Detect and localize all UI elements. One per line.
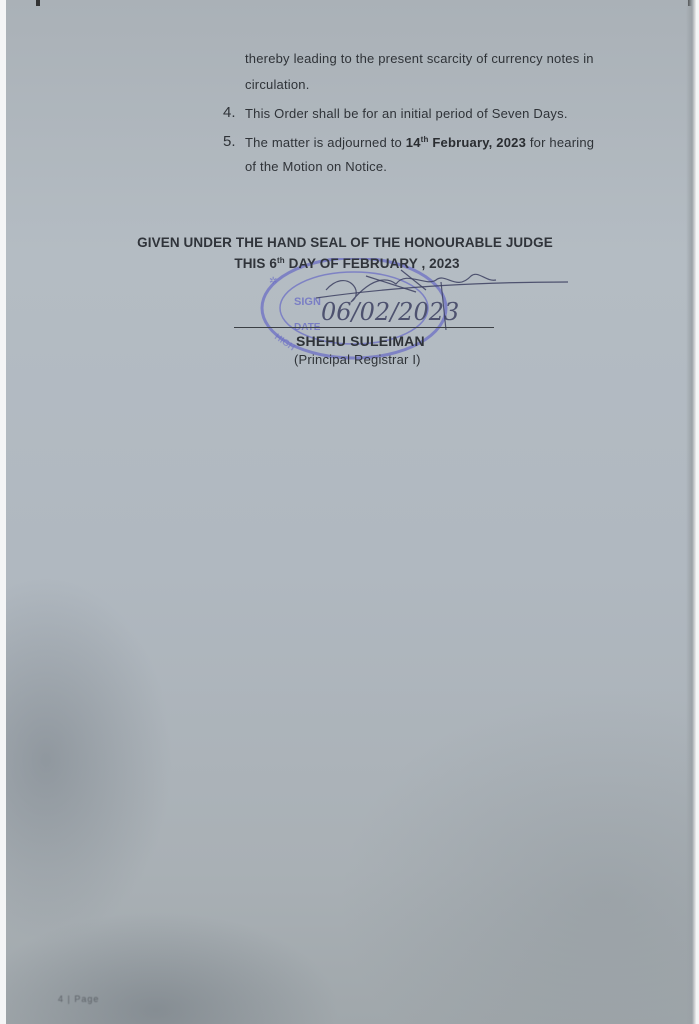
signatory-name: SHEHU SULEIMAN [296,333,425,349]
item-5-line-1: The matter is adjourned to 14th February… [245,135,594,150]
page-number-footer: 4 | Page [58,994,99,1004]
item-5-number: 5. [223,133,236,150]
adjourn-month-year: February, 2023 [429,135,526,150]
item-3-line-1: thereby leading to the present scarcity … [245,51,594,66]
signatory-title: (Principal Registrar I) [294,352,421,367]
svg-text:✲: ✲ [269,276,277,287]
svg-text:HIGH: HIGH [273,331,297,352]
given-day-suffix: th [277,256,285,265]
item-5-line-2: of the Motion on Notice. [245,159,387,174]
item-4-text: This Order shall be for an initial perio… [245,106,568,121]
item-5-text-before: The matter is adjourned to [245,135,406,150]
adjourn-day-suffix: th [421,135,429,144]
handwritten-signature: 06/02/2023 [306,262,576,332]
item-3-line-2: circulation. [245,77,310,92]
document-page: thereby leading to the present scarcity … [6,0,696,1024]
item-5-text-after: for hearing [526,135,594,150]
adjourn-day: 14 [406,135,421,150]
corner-mark [36,0,40,6]
handwritten-date: 06/02/2023 [321,298,459,326]
signature-line [234,327,494,328]
page-edge [686,0,696,1024]
given-day-prefix: THIS 6 [234,256,277,271]
given-under-seal-line-1: GIVEN UNDER THE HAND SEAL OF THE HONOURA… [0,235,690,250]
item-4-number: 4. [223,104,236,121]
